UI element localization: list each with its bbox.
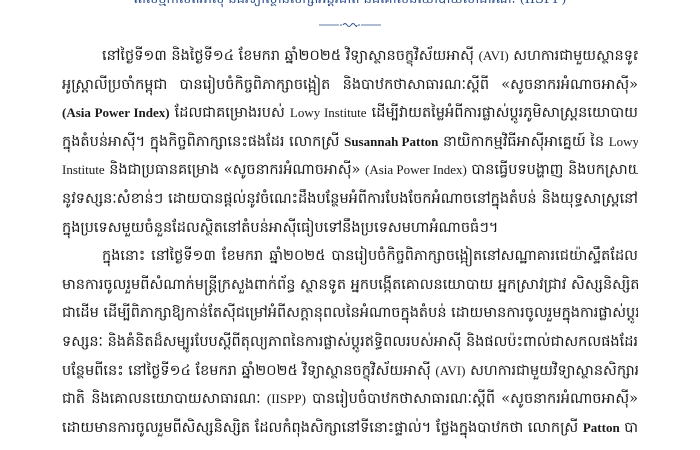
ornamental-divider-icon	[319, 21, 381, 29]
paragraph-2-line-5: បន្ថែមពីនេះ នៅថ្ងៃទី១៤ ខែមករា ឆ្នាំ២០២៥ …	[62, 357, 638, 386]
paragraph-2-line-1: ក្នុងនោះ នៅថ្ងៃទី១៣ ខែមករា ឆ្នាំ២០២៥ បាន…	[62, 242, 638, 271]
paragraph-2-line-4: ទស្សនៈ និងគំនិតដ៏សម្បូរបែបស្តីពីតុល្យភាព…	[62, 328, 638, 357]
paragraph-1-line-7: ក្នុងប្រទេសមួយចំនួនដែលស្ថិតនៅតំបន់អាស៊ីធ…	[62, 214, 638, 243]
paragraph-2-line-2: មានការចូលរួមពីសំណាក់មន្ត្រីក្រសួងពាក់ព័ន…	[62, 271, 638, 300]
article-body: នៅថ្ងៃទី១៣ និងថ្ងៃទី១៤ ខែមករា ឆ្នាំ២០២៥ …	[62, 42, 638, 442]
paragraph-1-line-3: (Asia Power Index) ដែលជាគម្រោងរបស់ Lowy …	[62, 99, 638, 128]
paragraph-1-line-1: នៅថ្ងៃទី១៣ និងថ្ងៃទី១៤ ខែមករា ឆ្នាំ២០២៥ …	[62, 42, 638, 71]
paragraph-1-line-6: នូវទស្សនៈសំខាន់ៗ ដោយបានផ្តល់នូវចំណេះដឹងប…	[62, 185, 638, 214]
paragraph-1-line-4: ក្នុងតំបន់អាស៊ី។ ក្នុងកិច្ចពិភាក្សានេះផង…	[62, 128, 638, 157]
paragraph-1-line-2: អូស្ត្រាលីប្រចាំកម្ពុជា បានរៀបចំកិច្ចពិភ…	[62, 71, 638, 100]
paragraph-2-line-7: ដោយមានការចូលរួមពីសិស្សនិស្សិត ដែលកំពុងសិ…	[62, 414, 638, 443]
paragraph-2-line-6: ជាតិ និងគោលនយោបាយសាធារណៈ (IISPP) បានរៀបច…	[62, 385, 638, 414]
page-caption: ពេលថ្មីកាលពីអាស៊ី និងវិទ្យាស្ថានសិក្សាអន…	[0, 0, 700, 8]
paragraph-1-line-5: Institute និងជាប្រធានគម្រោង «សូចនាករអំណា…	[62, 156, 638, 185]
paragraph-2-line-3: ជាដើម ដើម្បីពិភាក្សាឱ្យកាន់តែស៊ីជម្រៅអំព…	[62, 299, 638, 328]
